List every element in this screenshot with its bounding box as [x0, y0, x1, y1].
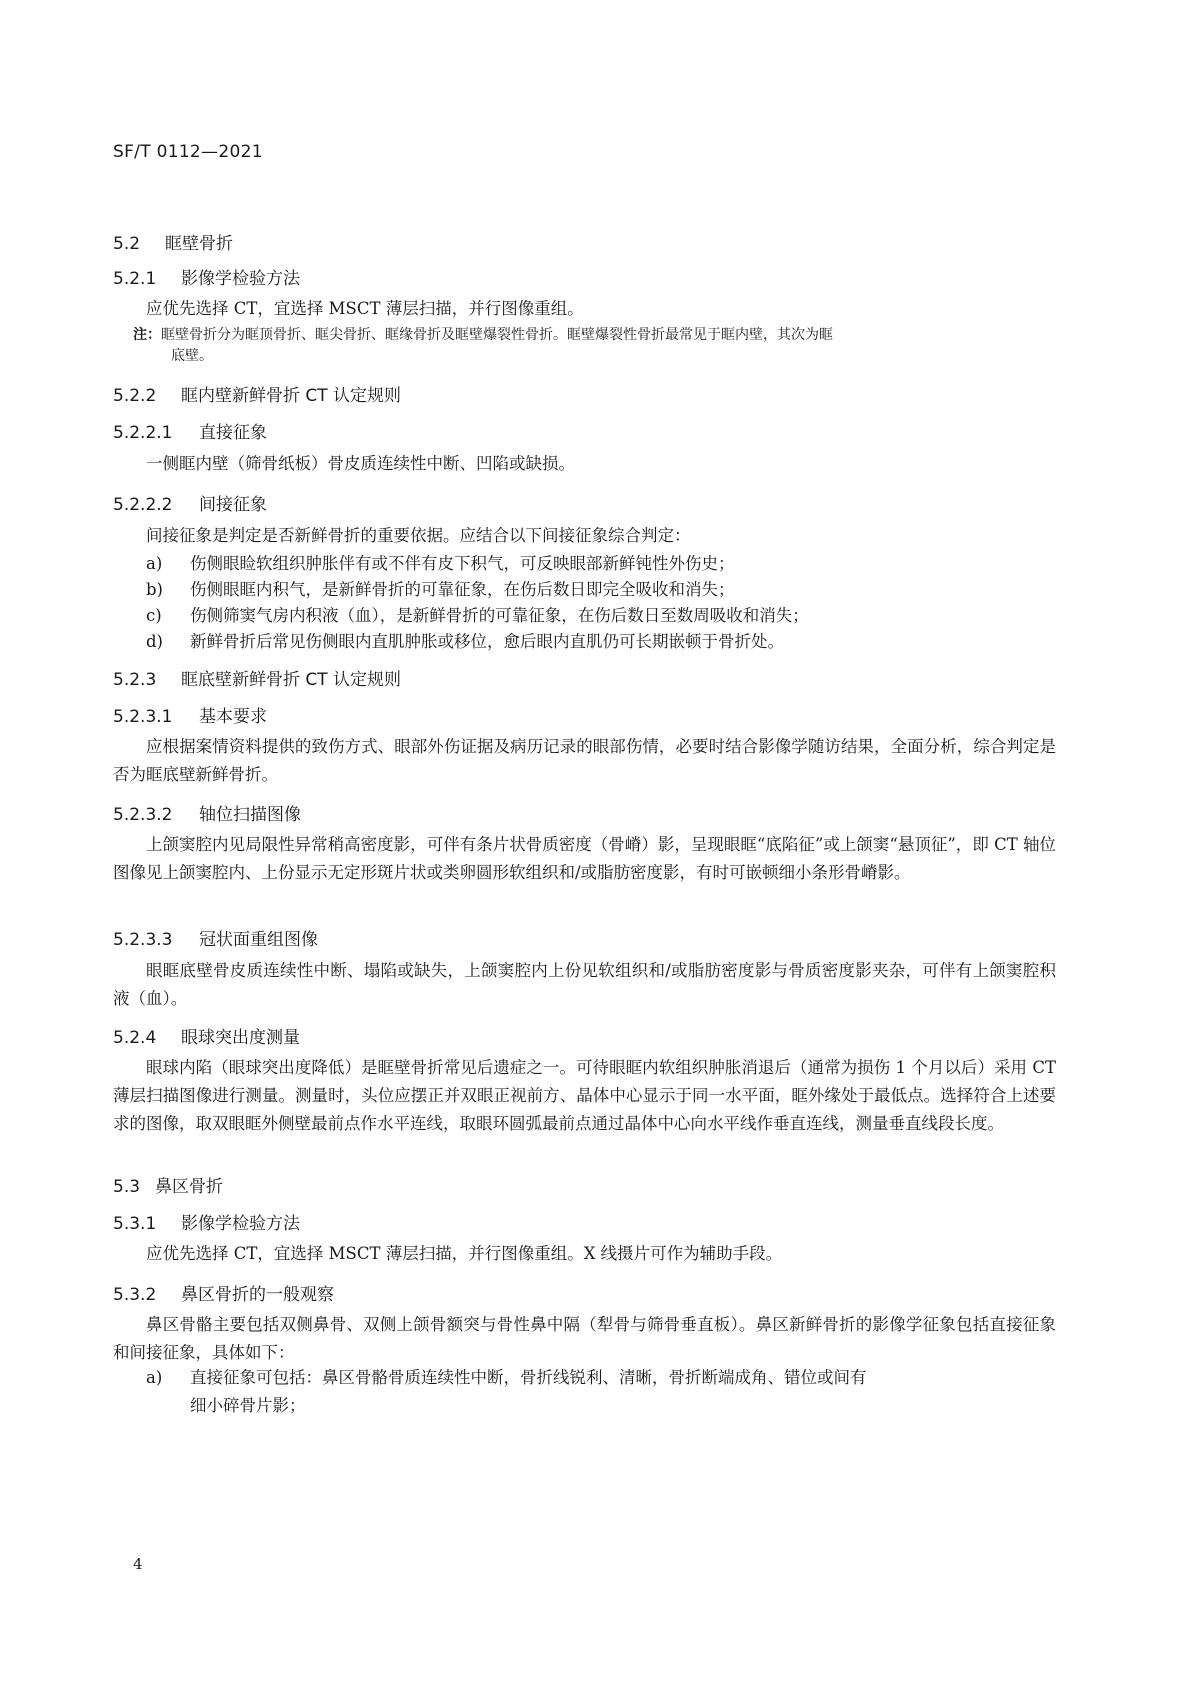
heading-title: 直接征象: [199, 423, 267, 443]
heading-title: 影像学检验方法: [181, 1214, 300, 1234]
paragraph-5-3-2: 鼻区骨骼主要包括双侧鼻骨、双侧上颌骨额突与骨性鼻中隔（犁骨与筛骨垂直板）。鼻区新…: [113, 1311, 1056, 1367]
heading-5-2-3: 5.2.3眶底壁新鲜骨折 CT 认定规则: [113, 665, 401, 690]
heading-5-2-4: 5.2.4眼球突出度测量: [113, 1023, 300, 1048]
heading-title: 眶壁骨折: [165, 234, 233, 254]
heading-number: 5.2.1: [113, 269, 181, 289]
heading-title: 眼球突出度测量: [181, 1028, 300, 1048]
heading-number: 5.2.2.1: [113, 423, 199, 443]
heading-title: 鼻区骨折的一般观察: [181, 1285, 334, 1305]
list-item-a: a)直接征象可包括：鼻区骨骼骨质连续性中断，骨折线锐利、清晰，骨折断端成角、错位…: [146, 1364, 1047, 1420]
paragraph-5-2-2-1: 一侧眶内壁（筛骨纸板）骨皮质连续性中断、凹陷或缺损。: [146, 450, 1056, 478]
paragraph-5-2-2-2: 间接征象是判定是否新鲜骨折的重要依据。应结合以下间接征象综合判定：: [146, 522, 1056, 550]
heading-number: 5.2.3: [113, 670, 181, 690]
heading-number: 5.3.2: [113, 1285, 181, 1305]
list-marker: b): [146, 576, 190, 604]
heading-number: 5.2.2.2: [113, 495, 199, 515]
heading-number: 5.2.3.2: [113, 805, 199, 825]
heading-title: 间接征象: [199, 495, 267, 515]
note-line-1: 眶壁骨折分为眶顶骨折、眶尖骨折、眶缘骨折及眶壁爆裂性骨折。眶壁爆裂性骨折最常见于…: [161, 327, 833, 343]
list-item-b: b)伤侧眼眶内积气，是新鲜骨折的可靠征象，在伤后数日即完全吸收和消失；: [146, 576, 1047, 604]
heading-title: 眶底壁新鲜骨折 CT 认定规则: [181, 670, 401, 690]
heading-5-2-3-3: 5.2.3.3冠状面重组图像: [113, 925, 318, 950]
list-marker: a): [146, 550, 190, 578]
heading-5-3-2: 5.3.2鼻区骨折的一般观察: [113, 1280, 334, 1305]
document-id-header: SF/T 0112—2021: [113, 142, 263, 162]
heading-title: 冠状面重组图像: [199, 930, 318, 950]
list-marker: d): [146, 628, 190, 656]
paragraph-5-2-3-2: 上颌窦腔内见局限性异常稍高密度影，可伴有条片状骨质密度（骨嵴）影，呈现眼眶“底陷…: [113, 831, 1056, 887]
heading-number: 5.2.2: [113, 386, 181, 406]
heading-5-2-1: 5.2.1影像学检验方法: [113, 264, 300, 289]
heading-5-2-3-1: 5.2.3.1基本要求: [113, 702, 267, 727]
heading-5-2-2: 5.2.2眶内壁新鲜骨折 CT 认定规则: [113, 381, 401, 406]
paragraph-5-3-1: 应优先选择 CT，宜选择 MSCT 薄层扫描，并行图像重组。X 线摄片可作为辅助…: [146, 1240, 1056, 1268]
list-text-line-2: 细小碎骨片影；: [146, 1392, 1047, 1420]
paragraph-5-2-4: 眼球内陷（眼球突出度降低）是眶壁骨折常见后遗症之一。可待眼眶内软组织肿胀消退后（…: [113, 1054, 1056, 1138]
list-text-line-1: 直接征象可包括：鼻区骨骼骨质连续性中断，骨折线锐利、清晰，骨折断端成角、错位或间…: [190, 1368, 867, 1387]
heading-number: 5.2: [113, 234, 165, 254]
list-text: 伤侧眼睑软组织肿胀伴有或不伴有皮下积气，可反映眼部新鲜钝性外伤史；: [190, 554, 735, 573]
paragraph-5-2-3-1: 应根据案情资料提供的致伤方式、眼部外伤证据及病历记录的眼部伤情，必要时结合影像学…: [113, 733, 1056, 789]
paragraph-5-2-3-3: 眼眶底壁骨皮质连续性中断、塌陷或缺失，上颌窦腔内上份见软组织和/或脂肪密度影与骨…: [113, 957, 1056, 1013]
heading-5-2-2-2: 5.2.2.2间接征象: [113, 490, 267, 515]
list-text: 伤侧筛窦气房内积液（血），是新鲜骨折的可靠征象，在伤后数日至数周吸收和消失；: [190, 606, 809, 625]
heading-title: 基本要求: [199, 707, 267, 727]
heading-5-2-2-1: 5.2.2.1直接征象: [113, 418, 267, 443]
list-item-a: a)伤侧眼睑软组织肿胀伴有或不伴有皮下积气，可反映眼部新鲜钝性外伤史；: [146, 550, 1047, 578]
paragraph-5-2-1: 应优先选择 CT，宜选择 MSCT 薄层扫描，并行图像重组。: [146, 295, 1056, 323]
note-5-2-1: 注：眶壁骨折分为眶顶骨折、眶尖骨折、眶缘骨折及眶壁爆裂性骨折。眶壁爆裂性骨折最常…: [133, 325, 1041, 367]
note-label: 注：: [133, 327, 161, 343]
heading-number: 5.3.1: [113, 1214, 181, 1234]
heading-number: 5.2.3.1: [113, 707, 199, 727]
heading-number: 5.2.3.3: [113, 930, 199, 950]
heading-5-2-3-2: 5.2.3.2轴位扫描图像: [113, 800, 301, 825]
list-item-c: c)伤侧筛窦气房内积液（血），是新鲜骨折的可靠征象，在伤后数日至数周吸收和消失；: [146, 602, 1047, 630]
heading-title: 影像学检验方法: [181, 269, 300, 289]
list-marker: c): [146, 602, 190, 630]
page-number: 4: [133, 1555, 143, 1573]
heading-number: 5.2.4: [113, 1028, 181, 1048]
heading-title: 鼻区骨折: [155, 1177, 223, 1197]
heading-title: 眶内壁新鲜骨折 CT 认定规则: [181, 386, 401, 406]
heading-5-3: 5.3鼻区骨折: [113, 1172, 223, 1197]
heading-title: 轴位扫描图像: [199, 805, 301, 825]
heading-number: 5.3: [113, 1177, 155, 1197]
list-item-d: d)新鲜骨折后常见伤侧眼内直肌肿胀或移位，愈后眼内直肌仍可长期嵌顿于骨折处。: [146, 628, 1047, 656]
heading-5-2: 5.2眶壁骨折: [113, 229, 233, 254]
list-text: 伤侧眼眶内积气，是新鲜骨折的可靠征象，在伤后数日即完全吸收和消失；: [190, 580, 735, 599]
note-line-2: 底壁。: [133, 346, 1041, 367]
list-marker: a): [146, 1364, 190, 1392]
list-text: 新鲜骨折后常见伤侧眼内直肌肿胀或移位，愈后眼内直肌仍可长期嵌顿于骨折处。: [190, 632, 784, 651]
heading-5-3-1: 5.3.1影像学检验方法: [113, 1209, 300, 1234]
